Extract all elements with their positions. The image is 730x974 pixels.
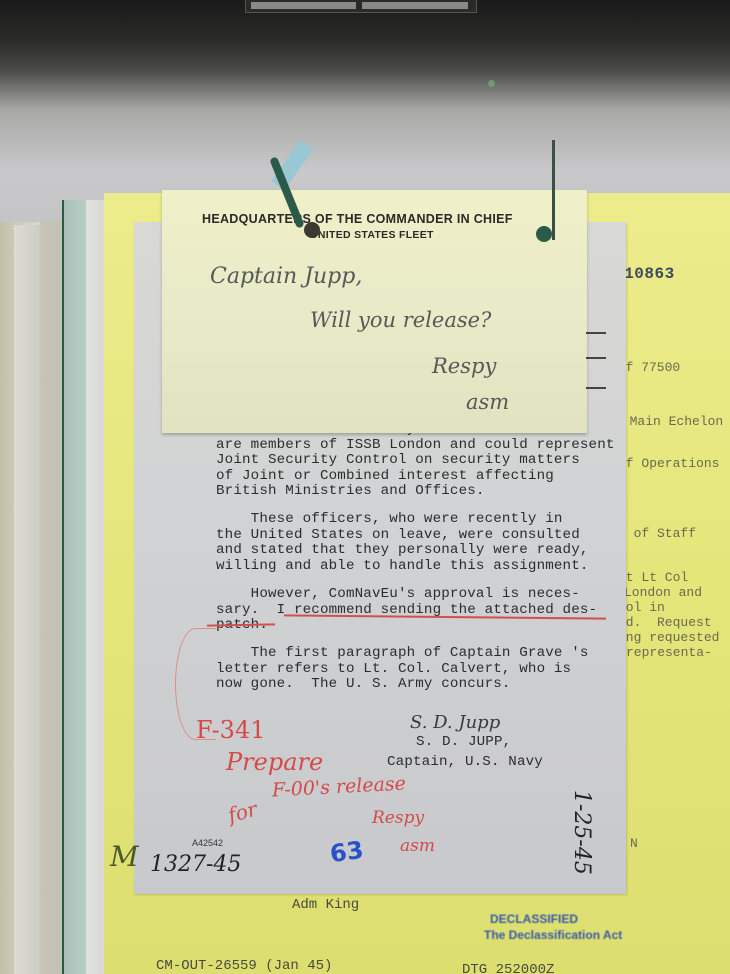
signature-scrawl: S. D. Jupp [410,712,500,733]
yellow-sheet-line: rd. Request [618,615,712,630]
memo-line: These officers, who were recently in [216,511,563,527]
red-note-sign2: asm [400,836,435,856]
right-fastener [552,140,555,240]
yellow-sheet-line: London and [624,585,702,600]
scanner-bar-segment [362,2,468,9]
yellow-sheet-line: s of Staff [618,526,696,541]
memo-line: willing and able to handle this assignme… [216,558,589,574]
declassification-stamp-line1: DECLASSIFIED [490,912,578,926]
yellow-sheet-line: N [630,836,638,851]
initial-mark: M [110,840,139,873]
note-salutation: Captain Jupp, [210,264,362,289]
punch-hole [304,222,320,238]
handwritten-date-bottom: 1327-45 [150,852,241,877]
note-sign-asm: asm [466,390,509,414]
memo-line: are members of ISSB London and could rep… [216,437,615,453]
yellow-sheet-line: ing requested [618,630,719,645]
yellow-sheet-line: at Lt Col [618,570,688,585]
scanner-bar-segment [251,2,356,9]
margin-rule [586,357,606,359]
red-note-sign1: Respy [372,808,424,828]
yellow-sheet-line: representa- [626,645,712,660]
memo-line: British Ministries and Offices. [216,483,485,499]
memo-line: letter refers to Lt. Col. Calvert, who i… [216,661,571,677]
signature-title: Captain, U.S. Navy [387,754,543,770]
memo-line: and stated that they personally were rea… [216,542,589,558]
yellow-sheet-bottom-line: Adm King [292,897,359,913]
declassification-stamp-line2: The Declassification Act [484,928,622,942]
blue-annotation-number: 63 [328,836,365,868]
yellow-sheet-bottom-line: DTG 252000Z [462,962,554,974]
yellow-sheet-bottom-line: CM-OUT-26559 (Jan 45) [156,958,332,974]
letterhead-line1: HEADQUARTERS OF THE COMMANDER IN CHIEF [202,212,513,226]
form-number: A42542 [192,838,223,848]
punch-hole [536,226,552,242]
scanner-bar [245,0,477,13]
background-speck [488,80,495,87]
memo-line: Joint Security Control on security matte… [216,452,580,468]
note-sign-respy: Respy [432,354,496,378]
note-question: Will you release? [310,308,491,332]
memo-line: the United States on leave, were consult… [216,527,580,543]
memo-line: now gone. The U. S. Army concurs. [216,676,511,692]
signature-name: S. D. JUPP, [416,734,511,750]
letterhead-line2: UNITED STATES FLEET [310,229,434,241]
yellow-sheet-line: , Main Echelon [614,414,723,429]
memo-line: of Joint or Combined interest affecting [216,468,554,484]
memo-line: The first paragraph of Captain Grave 's [216,645,589,661]
margin-rule [586,332,606,334]
handwritten-date-side: 1-25-45 [569,790,594,875]
red-file-reference: F-341 [196,716,266,744]
yellow-sheet-line: of Operations [618,456,719,471]
memo-line: However, ComNavEu's approval is neces- [216,586,580,602]
red-note-prepare: Prepare [226,748,323,776]
margin-rule [586,387,606,389]
